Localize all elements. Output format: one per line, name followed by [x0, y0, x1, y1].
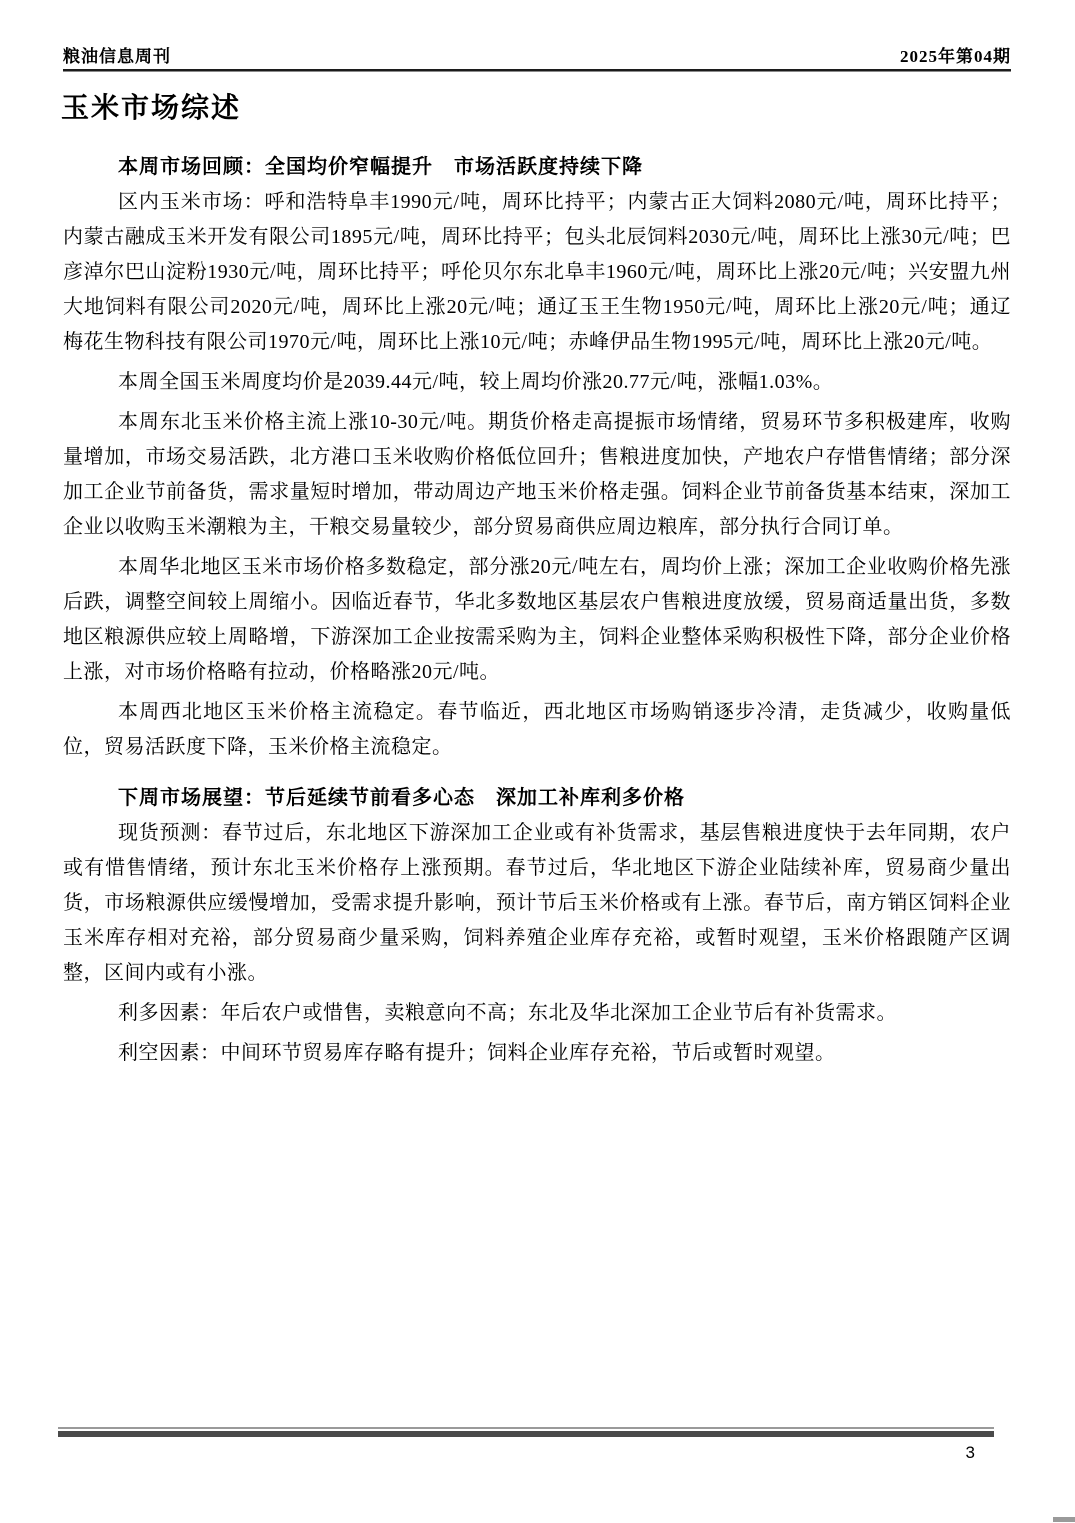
journal-title: 粮油信息周刊: [63, 42, 171, 67]
document-body: 本周市场回顾：全国均价窄幅提升 市场活跃度持续下降 区内玉米市场：呼和浩特阜丰1…: [63, 134, 1011, 1071]
paragraph-regional-prices: 区内玉米市场：呼和浩特阜丰1990元/吨，周环比持平；内蒙古正大饲料2080元/…: [63, 185, 1011, 360]
paragraph-northeast-market: 本周东北玉米价格主流上涨10-30元/吨。期货价格走高提振市场情绪，贸易环节多积…: [63, 405, 1011, 545]
paragraph-bullish-factors: 利多因素：年后农户或惜售，卖粮意向不高；东北及华北深加工企业节后有补货需求。: [63, 996, 1011, 1031]
page-number: 3: [966, 1443, 975, 1463]
footer-divider: [58, 1427, 994, 1437]
section-heading-week-review: 本周市场回顾：全国均价窄幅提升 市场活跃度持续下降: [118, 150, 1011, 179]
page-header: 粮油信息周刊 2025年第04期: [63, 42, 1011, 71]
footer-divider-thick-line: [58, 1431, 994, 1437]
section-heading-next-week-outlook: 下周市场展望：节后延续节前看多心态 深加工补库利多价格: [118, 781, 1011, 810]
document-page: 粮油信息周刊 2025年第04期 玉米市场综述 本周市场回顾：全国均价窄幅提升 …: [0, 0, 1075, 1523]
paragraph-bearish-factors: 利空因素：中间环节贸易库存略有提升；饲料企业库存充裕，节后或暂时观望。: [63, 1036, 1011, 1071]
issue-number: 2025年第04期: [900, 42, 1011, 67]
paragraph-national-average: 本周全国玉米周度均价是2039.44元/吨，较上周均价涨20.77元/吨，涨幅1…: [63, 365, 1011, 400]
paragraph-northwest-market: 本周西北地区玉米价格主流稳定。春节临近，西北地区市场购销逐步冷清，走货减少，收购…: [63, 695, 1011, 765]
page-title: 玉米市场综述: [61, 86, 241, 126]
scrollbar-fragment: [1053, 1517, 1075, 1522]
paragraph-spot-forecast: 现货预测：春节过后，东北地区下游深加工企业或有补货需求，基层售粮进度快于去年同期…: [63, 816, 1011, 991]
paragraph-north-china-market: 本周华北地区玉米市场价格多数稳定，部分涨20元/吨左右，周均价上涨；深加工企业收…: [63, 550, 1011, 690]
footer-divider-thin-line: [58, 1427, 994, 1429]
